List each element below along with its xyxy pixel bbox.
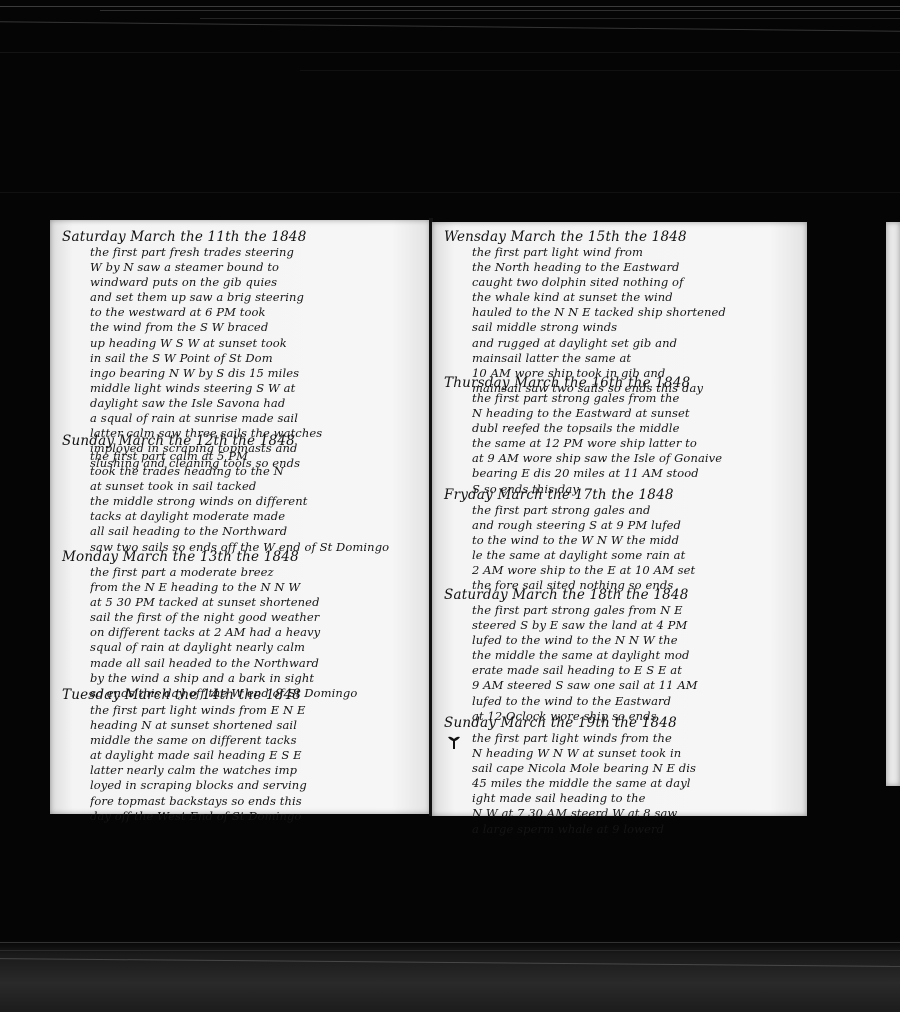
entry-line: the first part a moderate breez <box>90 565 424 580</box>
entry-line: sail cape Nicola Mole bearing N E dis <box>472 761 801 776</box>
entry-line: N W at 7 30 AM steerd W at 8 saw <box>472 806 801 821</box>
entry-body: the first part strong gales from N E ste… <box>472 603 801 724</box>
next-page-edge <box>886 222 900 786</box>
entry-line: the first part strong gales from the <box>472 391 801 406</box>
entry-line: at 5 30 PM tacked at sunset shortened <box>90 595 424 610</box>
entry-line: sail the first of the night good weather <box>90 610 424 625</box>
microfilm-bottom-edge <box>0 940 900 1012</box>
entry-line: the middle the same at daylight mod <box>472 648 801 663</box>
entry-line: up heading W S W at sunset took <box>90 336 424 351</box>
left-logbook-page: Saturday March the 11th the 1848 the fir… <box>50 220 430 814</box>
entry-date-heading: Monday March the 13th the 1848 <box>62 550 424 565</box>
entry-body: the first part light winds from the N he… <box>472 731 801 837</box>
entry-line: made all sail headed to the Northward <box>90 656 424 671</box>
entry-line: the first part light winds from E N E <box>90 703 424 718</box>
entry-body: the first part strong gales and and roug… <box>472 503 801 594</box>
entry-line: and set them up saw a brig steering <box>90 290 424 305</box>
entry-line: le the same at daylight some rain at <box>472 548 801 563</box>
entry-date-heading: Saturday March the 11th the 1848 <box>62 230 424 245</box>
entry-date-heading: Thursday March the 16th the 1848 <box>444 376 801 391</box>
entry-line: a large sperm whale at 9 lowerd <box>472 822 801 837</box>
entry-line: the first part light wind from <box>472 245 801 260</box>
log-entry-tuesday-march-14: Tuesday March the 14th the 1848 the firs… <box>62 688 424 824</box>
entry-line: at sunset took in sail tacked <box>90 479 424 494</box>
entry-line: fore topmast backstays so ends this <box>90 794 424 809</box>
entry-line: at daylight made sail heading E S E <box>90 748 424 763</box>
entry-date-heading: Saturday March the 18th the 1848 <box>444 588 801 603</box>
entry-line: and rugged at daylight set gib and <box>472 336 801 351</box>
entry-line: the wind from the S W braced <box>90 320 424 335</box>
entry-line: a squal of rain at sunrise made sail <box>90 411 424 426</box>
entry-line: 45 miles the middle the same at dayl <box>472 776 801 791</box>
entry-line: took the trades heading to the N <box>90 464 424 479</box>
entry-line: latter nearly calm the watches imp <box>90 763 424 778</box>
entry-line: ingo bearing N W by S dis 15 miles <box>90 366 424 381</box>
entry-line: the whale kind at sunset the wind <box>472 290 801 305</box>
entry-date-heading: Tuesday March the 14th the 1848 <box>62 688 424 703</box>
entry-line: day off the West End of St Domingo <box>90 809 424 824</box>
entry-line: the first part fresh trades steering <box>90 245 424 260</box>
entry-line: to the wind to the W N W the midd <box>472 533 801 548</box>
entry-line: N heading W N W at sunset took in <box>472 746 801 761</box>
entry-line: sail middle strong winds <box>472 320 801 335</box>
entry-line: dubl reefed the topsails the middle <box>472 421 801 436</box>
entry-line: to the westward at 6 PM took <box>90 305 424 320</box>
entry-line: 9 AM steered S saw one sail at 11 AM <box>472 678 801 693</box>
entry-line: in sail the S W Point of St Dom <box>90 351 424 366</box>
log-entry-sunday-march-12: Sunday March the 12th the 1848 the first… <box>62 434 424 555</box>
entry-line: ight made sail heading to the <box>472 791 801 806</box>
entry-line: on different tacks at 2 AM had a heavy <box>90 625 424 640</box>
entry-line: mainsail latter the same at <box>472 351 801 366</box>
log-entry-saturday-march-18: Saturday March the 18th the 1848 the fir… <box>444 588 801 724</box>
entry-line: W by N saw a steamer bound to <box>90 260 424 275</box>
entry-line: the first part calm at 5 PM <box>90 449 424 464</box>
entry-line: squal of rain at daylight nearly calm <box>90 640 424 655</box>
log-entry-monday-march-13: Monday March the 13th the 1848 the first… <box>62 550 424 701</box>
entry-line: lufed to the wind to the Eastward <box>472 694 801 709</box>
entry-body: the first part strong gales from the N h… <box>472 391 801 497</box>
entry-line: the same at 12 PM wore ship latter to <box>472 436 801 451</box>
entry-line: middle light winds steering S W at <box>90 381 424 396</box>
right-logbook-page: Wensday March the 15th the 1848 the firs… <box>432 222 807 816</box>
entry-date-heading: Sunday March the 19th the 1848 <box>444 716 801 731</box>
entry-body: the first part light wind from the North… <box>472 245 801 396</box>
entry-line: at 9 AM wore ship saw the Isle of Gonaiv… <box>472 451 801 466</box>
entry-line: and rough steering S at 9 PM lufed <box>472 518 801 533</box>
whale-tail-stamp-icon <box>448 736 460 750</box>
entry-body: the first part a moderate breez from the… <box>90 565 424 701</box>
log-entry-friday-march-17: Fryday March the 17th the 1848 the first… <box>444 488 801 594</box>
entry-date-heading: Fryday March the 17th the 1848 <box>444 488 801 503</box>
entry-line: the first part strong gales and <box>472 503 801 518</box>
log-entry-sunday-march-19: Sunday March the 19th the 1848 the first… <box>444 716 801 837</box>
entry-line: the first part light winds from the <box>472 731 801 746</box>
entry-date-heading: Wensday March the 15th the 1848 <box>444 230 801 245</box>
entry-line: windward puts on the gib quies <box>90 275 424 290</box>
entry-line: daylight saw the Isle Savona had <box>90 396 424 411</box>
entry-line: loyed in scraping blocks and serving <box>90 778 424 793</box>
entry-line: heading N at sunset shortened sail <box>90 718 424 733</box>
entry-line: caught two dolphin sited nothing of <box>472 275 801 290</box>
entry-line: 2 AM wore ship to the E at 10 AM set <box>472 563 801 578</box>
entry-line: the North heading to the Eastward <box>472 260 801 275</box>
entry-body: the first part light winds from E N E he… <box>90 703 424 824</box>
entry-line: by the wind a ship and a bark in sight <box>90 671 424 686</box>
log-entry-wednesday-march-15: Wensday March the 15th the 1848 the firs… <box>444 230 801 396</box>
entry-line: from the N E heading to the N N W <box>90 580 424 595</box>
entry-body: the first part calm at 5 PM took the tra… <box>90 449 424 555</box>
entry-line: hauled to the N N E tacked ship shortene… <box>472 305 801 320</box>
entry-line: the first part strong gales from N E <box>472 603 801 618</box>
entry-line: tacks at daylight moderate made <box>90 509 424 524</box>
entry-date-heading: Sunday March the 12th the 1848 <box>62 434 424 449</box>
entry-line: bearing E dis 20 miles at 11 AM stood <box>472 466 801 481</box>
entry-line: the middle strong winds on different <box>90 494 424 509</box>
entry-line: erate made sail heading to E S E at <box>472 663 801 678</box>
log-entry-thursday-march-16: Thursday March the 16th the 1848 the fir… <box>444 376 801 497</box>
entry-line: N heading to the Eastward at sunset <box>472 406 801 421</box>
entry-line: all sail heading to the Northward <box>90 524 424 539</box>
entry-line: lufed to the wind to the N N W the <box>472 633 801 648</box>
entry-line: middle the same on different tacks <box>90 733 424 748</box>
entry-line: steered S by E saw the land at 4 PM <box>472 618 801 633</box>
